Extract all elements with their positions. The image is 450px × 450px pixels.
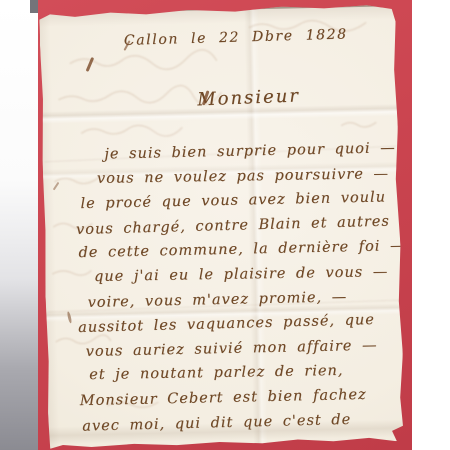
scan-edge-left [0,0,38,450]
letter-salutation: Monsieur [197,85,300,110]
letter-body: je suis bien surprie pour quoi — vous ne… [42,136,404,439]
letter-paper: Callon le 22 Dbre 1828 Monsieur je suis … [39,4,404,449]
photo-stage: Callon le 22 Dbre 1828 Monsieur je suis … [0,0,450,450]
